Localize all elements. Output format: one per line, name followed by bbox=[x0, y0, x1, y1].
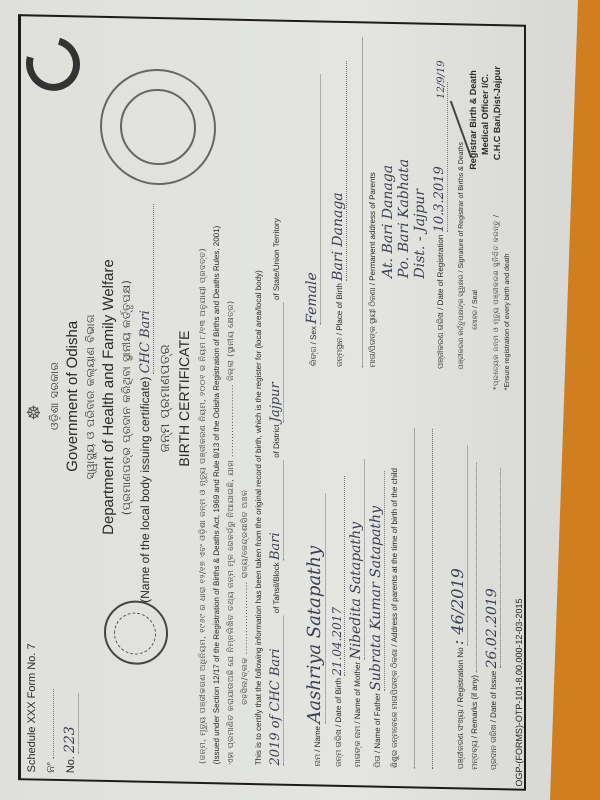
district-value: Jajpur bbox=[268, 302, 284, 422]
certify-row: This is to certify that the following in… bbox=[254, 270, 263, 765]
certificate-title: BIRTH CERTIFICATE bbox=[176, 3, 192, 793]
local-body-row: (Name of the local body issuing certific… bbox=[138, 203, 154, 603]
father-value: Subrata Kumar Satapathy bbox=[368, 471, 385, 691]
mother-value: Nibedita Satapathy bbox=[348, 459, 365, 659]
dob-value: 21.04.2017 bbox=[330, 476, 345, 676]
tahsil-value: Bari bbox=[268, 460, 284, 560]
birth-certificate: Schedule XXX Form No. 7 ନଂ No. 223 ☸ ଓଡ଼… bbox=[12, 0, 532, 800]
issue-date-field: ପ୍ରଦାନ ତାରିଖ / Date of Issue 26.02.2019 bbox=[484, 468, 501, 770]
father-field: ପିତା / Name of Father Subrata Kumar Sata… bbox=[368, 471, 385, 768]
ensure-odia: *ପ୍ରତ୍ୟେକ ଜନ୍ମ ଓ ମୃତ୍ୟୁ ପଞ୍ଜୀକରଣ ସୁନିଶ୍ଚ… bbox=[492, 214, 501, 390]
remarks-value bbox=[476, 463, 477, 673]
reg-no-value: : 46/2019 bbox=[448, 445, 468, 645]
birth-address-line bbox=[432, 429, 433, 769]
sex-field: ଲିଙ୍ଗ / Sex Female bbox=[304, 74, 321, 367]
permanent-address-line-3: Dist. - Jajpur bbox=[412, 189, 428, 279]
signature-date: 12/9/19 bbox=[436, 60, 447, 99]
name-value: Aashriya Satapathy bbox=[304, 493, 326, 723]
registrar-line-3: C.H.C Bari,Dist-Jajpur bbox=[492, 66, 502, 160]
birth-address-label: ଶିଶୁର ଜନ୍ମବେଳେ ମାତାପିତାଙ୍କ ଠିକଣା / Addre… bbox=[390, 468, 400, 768]
state-odia: ଓଡ଼ିଶା ସରକାର bbox=[48, 1, 62, 791]
register-value: 2019 of CHC Bari bbox=[268, 615, 284, 765]
blank-line bbox=[362, 37, 363, 367]
sex-value: Female bbox=[304, 74, 321, 324]
reg-no-field: ପଞ୍ଜୀକରଣ ସଂଖ୍ୟା / Registration No : 46/2… bbox=[448, 445, 468, 770]
schedule-label: Schedule XXX Form No. 7 bbox=[26, 643, 38, 772]
registrar-line-1: Registrar Birth & Death bbox=[468, 70, 478, 170]
permanent-address-line-1: At. Bari Danaga bbox=[380, 165, 396, 278]
local-body-value: CHC Bari bbox=[138, 203, 154, 373]
registrar-line-2: Medical Officer I/C. bbox=[480, 74, 490, 155]
ensure-text: *Ensure registration of every birth and … bbox=[504, 253, 511, 390]
department-odia: ସ୍ୱାସ୍ଥ୍ୟ ଓ ପରିବାର କଲ୍ୟାଣ ବିଭାଗ bbox=[84, 2, 98, 792]
reg-date-value: 10.3.2019 bbox=[432, 82, 448, 232]
pob-value: Bari Danaga bbox=[330, 61, 347, 281]
print-code: OGP-(FORMS)-OTP-101-8,00,000-12-03-2015 bbox=[514, 598, 524, 786]
legal-odia: (ଜନ୍ମ, ମୃତ୍ୟୁ ପଞ୍ଜୀକରଣ ଅଧିନିୟମ, ୧୯୬୯ ର ଧ… bbox=[198, 248, 208, 764]
birth-address-line bbox=[414, 428, 415, 768]
dob-field: ଜନ୍ମ ତାରିଖ / Date of Birth 21.04.2017 bbox=[330, 476, 345, 767]
title-odia: ଜନ୍ମ ପ୍ରମାଣପତ୍ର bbox=[158, 3, 173, 793]
permanent-address-line-2: Po. Bari Kabhata bbox=[396, 159, 412, 279]
reg-date-field: ପଞ୍ଜୀକରଣ ତାରିଖ / Date of Registration 10… bbox=[432, 82, 448, 369]
state-emblem-icon: ☸ bbox=[24, 404, 45, 421]
pob-field: ଜନ୍ମସ୍ଥାନ / Place of Birth Bari Danaga bbox=[330, 61, 347, 367]
block-odia: ତହସିଲ/ବ୍ଲକ ........................ ରାଜ୍… bbox=[240, 490, 250, 705]
certify-odia: ଏହା ପ୍ରମାଣିତ କରାଯାଉଅଛି ଯେ ନିମ୍ନଲିଖିତ ତଥ୍… bbox=[226, 300, 236, 764]
seal-label: ମୋହର / Seal bbox=[472, 290, 480, 330]
permanent-address-label: ମାତା/ପିତାଙ୍କ ସ୍ଥାୟୀ ଠିକଣା / Permanent ad… bbox=[368, 172, 378, 367]
location-row: 2019 of CHC Bari of Tahsil/Block Bari of… bbox=[268, 218, 284, 766]
issued-under: (Issued under Section 12/17 of the Regis… bbox=[212, 226, 221, 765]
government-title: Government of Odisha bbox=[64, 1, 81, 791]
issue-date-value: 26.02.2019 bbox=[484, 468, 501, 668]
local-body-label: (Name of the local body issuing certific… bbox=[138, 377, 152, 603]
name-field: ନାମ / Name Aashriya Satapathy bbox=[304, 493, 326, 766]
remarks-field: ମନ୍ତବ୍ୟ / Remarks (if any) bbox=[470, 463, 480, 770]
mother-field: ମାତାଙ୍କ ନାମ / Name of Mother Nibedita Sa… bbox=[348, 459, 365, 767]
signature-label: ପଞ୍ଜୀକରଣ କର୍ତ୍ତୃପକ୍ଷଙ୍କ ସ୍ୱାକ୍ଷର / Signa… bbox=[458, 142, 466, 370]
